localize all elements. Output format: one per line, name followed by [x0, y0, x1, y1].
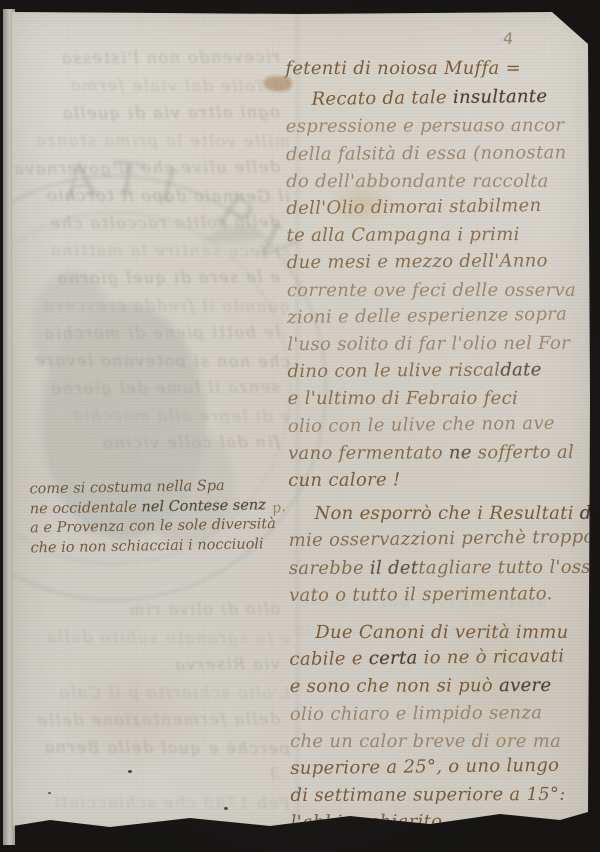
retouched-ink: il det [370, 557, 419, 578]
text-line: l'uso solito di far l'olio nel For [287, 330, 591, 359]
ink-speck [537, 97, 539, 99]
paper-stain [60, 660, 210, 770]
bleed-line: ricevendo non l'istessa [8, 43, 280, 72]
rust-mark [264, 76, 292, 91]
text-line: e l'ultimo di Febraio feci [288, 385, 592, 412]
margin-note-line: che io non schiacciai i nocciuoli [30, 534, 306, 558]
bleed-line: e di lepre alla macchia [18, 401, 290, 430]
text-line: fetenti di noiosa Muffa = [285, 55, 589, 82]
text-line: espressione e persuaso ancor [286, 112, 590, 141]
bleed-line: olio di oliva rim [8, 595, 280, 624]
text-line: sarebbe il dettagliare tutto l'osser [289, 553, 593, 582]
retouched-ink: ne [449, 442, 472, 463]
bleed-line: ogni altra via di quella [8, 98, 280, 127]
text-line: Recato da tale insultante [285, 83, 589, 114]
page-number: 4 [502, 29, 514, 49]
bleed-line: il Gennaio dopo il torchio [18, 181, 290, 210]
text-line: cun calore ! [288, 465, 592, 494]
bleed-line: e lo sgranato subito dalla [18, 623, 290, 652]
bleed-line: senza il lume del giorno [8, 373, 280, 402]
bleed-through-text-upper: ricevendo non l'istessala Tolle dal vial… [14, 44, 286, 457]
bleed-line: Feb 1789 che schiacciati [18, 788, 290, 817]
text-line: della falsità di essa (nonostan [286, 139, 590, 168]
text-line: te alla Campagna i primi [286, 221, 590, 250]
ink-speck [48, 792, 51, 794]
bleed-line: mille volte la prima stanza [18, 126, 290, 155]
bleed-line: e la sera di quel giorno [8, 263, 280, 292]
retouched-ink: date [500, 360, 541, 381]
ink-speck [128, 770, 132, 773]
bleed-line: quando il freddo cresceva [18, 291, 290, 320]
text-line: mie osservazzioni perchè troppo non [289, 524, 593, 555]
scanner-background: ATI PV ricevendo non l'istessala Tolle d… [0, 0, 600, 852]
text-line: zioni e delle esperienze sopra [287, 300, 591, 331]
paragraph-margin-mark: p. [271, 499, 287, 517]
bleed-line: le botti piene di morchia [8, 318, 280, 347]
text-line: l'abbia schiarito. [291, 807, 595, 836]
text-line: superiore a 25°, o uno lungo [290, 751, 594, 782]
bleed-line: si fece sentire la mattina [18, 236, 290, 265]
ink-speck [224, 807, 228, 810]
retouched-ink: insultante [453, 86, 548, 108]
retouched-ink: delle [580, 503, 600, 524]
margin-annotation: come si costuma nella Spa ne occidentale… [29, 476, 306, 559]
text-line: corrente ove feci delle osserva [287, 276, 591, 303]
text-line: due mesi e mezzo dell'Anno [287, 247, 591, 276]
bleed-line: fin dal colle vicino [8, 428, 280, 457]
text-line: vano fermentato ne sofferto al [288, 439, 592, 468]
bleed-line: della solita raccolta che [8, 208, 280, 237]
paper-stain [430, 560, 570, 780]
bleed-line: la Tolle dal viale ferma [18, 71, 290, 100]
text-line: di settimane superiore a 15°: [290, 781, 594, 810]
text-line: dino con le ulive riscaldate [287, 356, 591, 385]
manuscript-page: ATI PV ricevendo non l'istessala Tolle d… [0, 0, 600, 852]
bleed-line: delle ulive che si governava [8, 153, 280, 182]
text-line: olio con le ulive che non ave [288, 409, 592, 440]
bleed-line: che non si potevano levare [18, 346, 290, 375]
retouched-ink: certa [369, 648, 418, 670]
retouched-ink: nel Contese senz [141, 497, 266, 515]
paper-stain [330, 180, 394, 226]
